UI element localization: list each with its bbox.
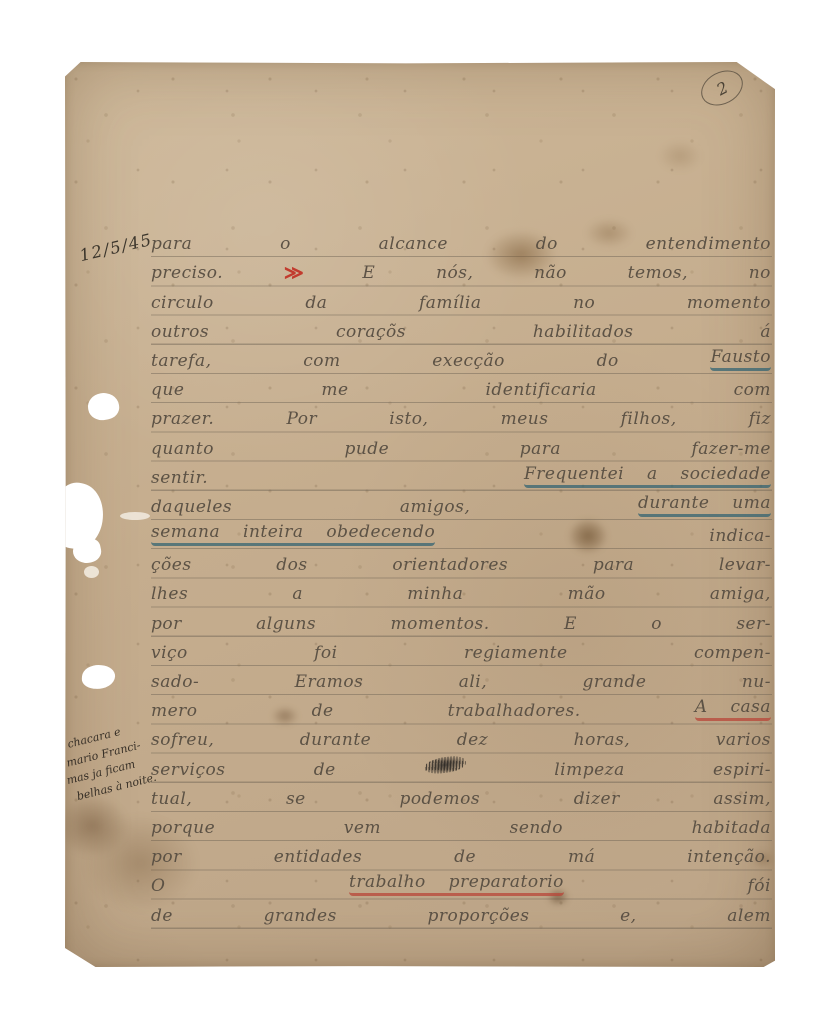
word: que (151, 380, 184, 400)
word: fiz (749, 409, 771, 429)
word: E (362, 263, 375, 283)
blue-underlined-text: Frequentei a sociedade (524, 464, 771, 488)
paper-nick (84, 566, 99, 578)
word: execção (432, 351, 505, 371)
handwriting-line: viçofoiregiamentecompen- (151, 637, 771, 666)
word: sentir. (151, 468, 208, 488)
word: regiamente (464, 643, 568, 663)
word: minha (407, 584, 463, 604)
word: intenção. (687, 847, 771, 867)
word: sendo (510, 818, 563, 838)
word: fazer-me (692, 439, 772, 459)
word: horas, (574, 730, 631, 750)
word: ser- (736, 614, 771, 634)
handwriting-line: tarefa,comexecçãodoFausto (151, 345, 771, 374)
word: o (651, 614, 662, 634)
word: com (303, 351, 340, 371)
blue-underlined-text: Fausto (710, 347, 771, 371)
word: compen- (694, 643, 771, 663)
word: família (419, 293, 482, 313)
handwriting-line: circulodafamílianomomento (151, 286, 771, 315)
word: grandes (264, 906, 337, 926)
word: de (314, 760, 336, 780)
handwriting-line: porquevemsendohabitada (151, 812, 771, 841)
word: má (568, 847, 595, 867)
word: temos, (628, 263, 688, 283)
handwriting-line: preciso.≫Enós,nãotemos,no (151, 257, 771, 286)
word: limpeza (554, 760, 625, 780)
word: nu- (742, 672, 771, 692)
word: para (151, 234, 192, 254)
word: de (151, 906, 173, 926)
word: porque (151, 818, 215, 838)
handwriting-line: quantopudeparafazer-me (151, 432, 771, 461)
red-chevron-mark: ≫ (284, 262, 302, 284)
word: orientadores (392, 555, 508, 575)
word: outros (151, 322, 209, 342)
handwriting-line: quemeidentificariacom (151, 374, 771, 403)
word: mão (568, 584, 606, 604)
word: dez (457, 730, 488, 750)
word: do (597, 351, 619, 371)
word: com (734, 380, 771, 400)
handwriting-line: merodetrabalhadores.A casa (151, 695, 771, 724)
word: dizer (574, 789, 620, 809)
word: amiga, (710, 584, 771, 604)
word: alem (727, 906, 771, 926)
word: não (534, 263, 567, 283)
word: filhos, (621, 409, 677, 429)
word: e, (620, 906, 636, 926)
handwriting-line: sofreu,durantedezhoras,varios (151, 724, 771, 753)
handwriting-line: outroscoraçõshabilitadosá (151, 316, 771, 345)
word: indica- (709, 526, 771, 546)
word: da (305, 293, 327, 313)
word: sofreu, (151, 730, 214, 750)
word: meus (501, 409, 549, 429)
stain (57, 795, 129, 857)
handwriting-line: tual,sepodemosdizerassim, (151, 783, 771, 812)
word: mero (151, 701, 198, 721)
word: nós, (436, 263, 473, 283)
red-underlined-text: trabalho preparatorio (349, 872, 564, 896)
word: pude (344, 439, 389, 459)
handwriting-line: lhesaminhamãoamiga, (151, 578, 771, 607)
handwriting-line: porentidadesdemáintenção. (151, 841, 771, 870)
handwriting-line: prazer.Poristo,meusfilhos,fiz (151, 403, 771, 432)
word: para (520, 439, 561, 459)
stain (658, 140, 702, 172)
word: momento (687, 293, 771, 313)
word: sado- (151, 672, 199, 692)
word: no (573, 293, 595, 313)
blue-underlined-text: durante uma (638, 493, 771, 517)
word: Por (287, 409, 318, 429)
word: serviços (151, 760, 225, 780)
torn-hole (81, 664, 116, 690)
word: me (321, 380, 348, 400)
handwriting-line: semana inteira obedecendoindica- (151, 520, 771, 549)
handwriting-line: Otrabalho preparatoriofói (151, 870, 771, 899)
word: amigos, (400, 497, 470, 517)
date-annotation: 12/5/45 (78, 230, 154, 265)
word: E (564, 614, 577, 634)
word: alguns (256, 614, 316, 634)
word: Eramos (295, 672, 364, 692)
word: habitada (692, 818, 771, 838)
word: habilitados (533, 322, 634, 342)
word: quanto (151, 439, 214, 459)
word: de (454, 847, 476, 867)
handwriting-text: paraoalcancedoentendimentopreciso.≫Enós,… (151, 228, 771, 929)
word: levar- (719, 555, 771, 575)
word: entidades (274, 847, 362, 867)
word: tarefa, (151, 351, 212, 371)
word: podemos (399, 789, 480, 809)
manuscript-page: 2 12/5/45 A chacara emario Franci-mas ja… (65, 62, 775, 967)
handwriting-line: poralgunsmomentos.Eoser- (151, 607, 771, 636)
torn-hole (71, 536, 103, 565)
word: a (292, 584, 303, 604)
paper-nick (120, 512, 150, 520)
page-number-badge: 2 (695, 64, 749, 113)
handwriting-line: sentir.Frequentei a sociedade (151, 462, 771, 491)
word: vem (344, 818, 381, 838)
word: alcance (379, 234, 448, 254)
word: para (593, 555, 634, 575)
handwriting-line: sado-Eramosali,grandenu- (151, 666, 771, 695)
word: trabalhadores. (448, 701, 581, 721)
handwriting-line: degrandesproporçõese,alem (151, 899, 771, 928)
word: prazer. (151, 409, 214, 429)
word: O (151, 876, 165, 896)
word: o (280, 234, 291, 254)
word: daqueles (151, 497, 232, 517)
word: fói (748, 876, 771, 896)
word: viço (151, 643, 188, 663)
page-number: 2 (713, 77, 731, 99)
word: proporções (427, 906, 529, 926)
word: grande (582, 672, 646, 692)
handwriting-line: çõesdosorientadoresparalevar- (151, 549, 771, 578)
torn-hole (48, 479, 108, 552)
red-underlined-text: A casa (695, 697, 771, 721)
word: tual, (151, 789, 192, 809)
word: momentos. (390, 614, 489, 634)
word: entendimento (646, 234, 771, 254)
word: assim, (713, 789, 771, 809)
word: foi (314, 643, 337, 663)
word: ções (151, 555, 192, 575)
word: ali, (459, 672, 487, 692)
word: se (286, 789, 306, 809)
word: por (151, 614, 182, 634)
blue-underlined-text: semana inteira obedecendo (151, 522, 435, 546)
word: lhes (151, 584, 188, 604)
word: dos (276, 555, 307, 575)
ink-scribble (423, 755, 466, 775)
word: circulo (151, 293, 214, 313)
handwriting-line: paraoalcancedoentendimento (151, 228, 771, 257)
word: durante (300, 730, 371, 750)
word: espiri- (713, 760, 771, 780)
word: coraçõs (336, 322, 406, 342)
word: do (536, 234, 558, 254)
word: identificaria (485, 380, 596, 400)
word: no (749, 263, 771, 283)
word: de (312, 701, 334, 721)
word: á (760, 322, 771, 342)
handwriting-line: serviçosdelimpezaespiri- (151, 753, 771, 782)
word: varios (716, 730, 771, 750)
word: preciso. (151, 263, 223, 283)
torn-hole (86, 391, 121, 423)
word: por (151, 847, 182, 867)
word: isto, (389, 409, 428, 429)
handwriting-line: daquelesamigos,durante uma (151, 491, 771, 520)
